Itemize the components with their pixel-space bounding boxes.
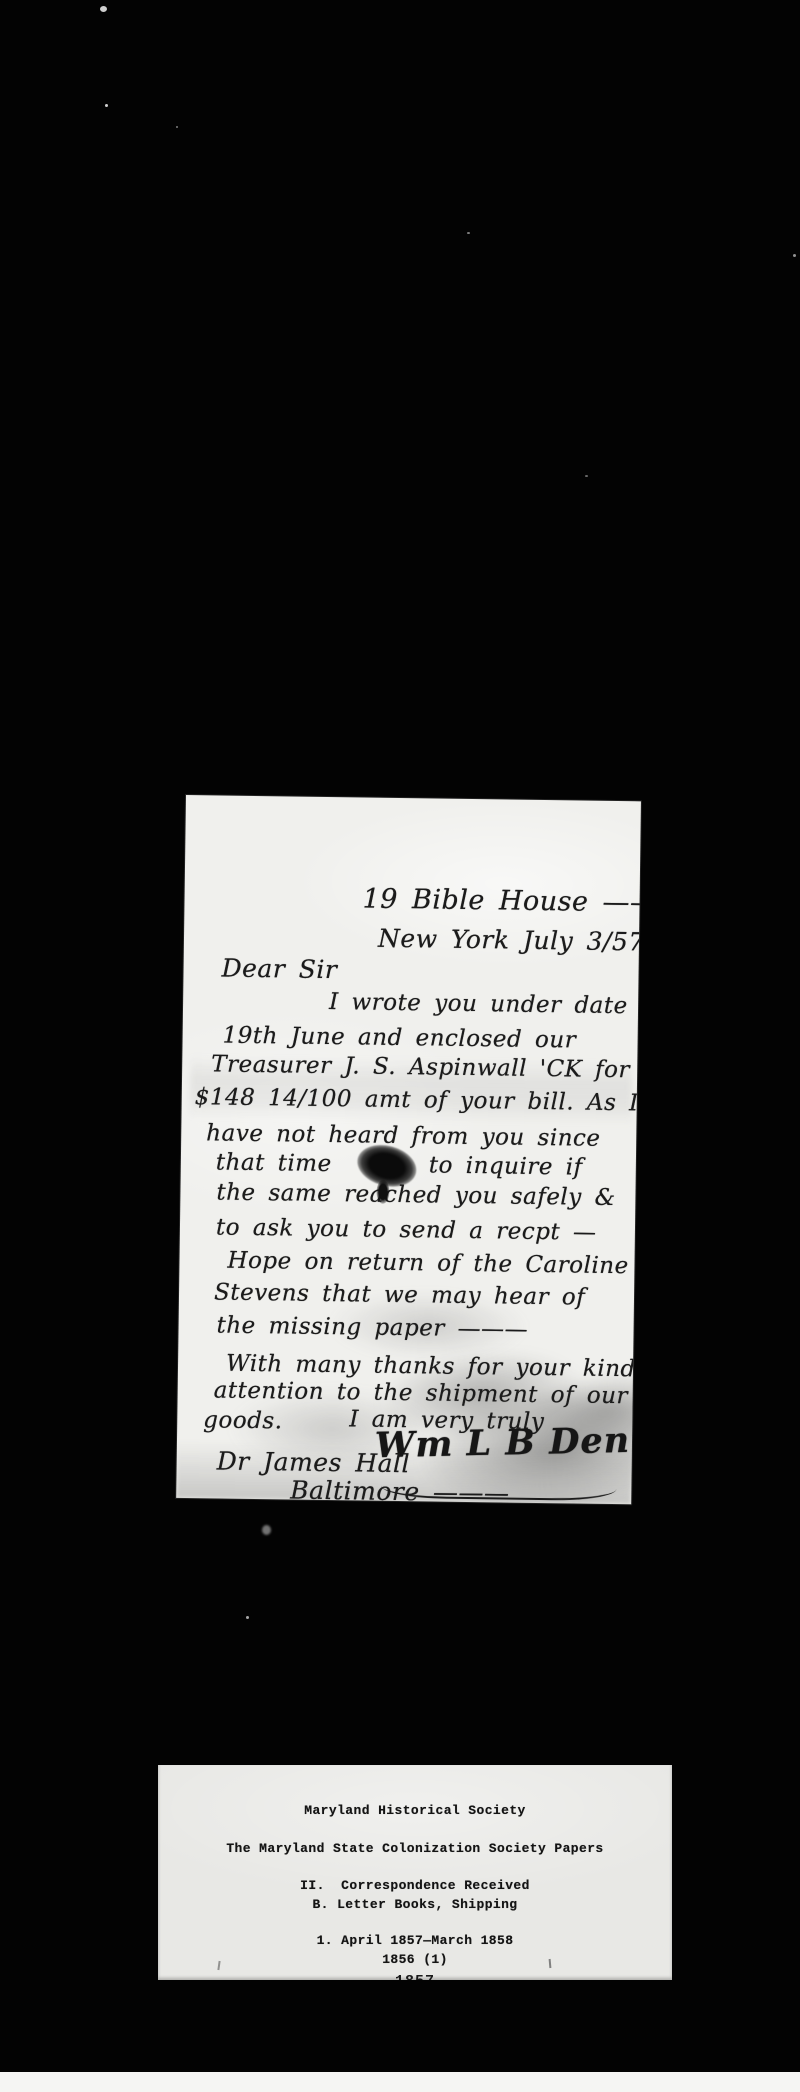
letter-line-fragment: to inquire if <box>429 1154 583 1179</box>
dust-speck <box>262 1525 271 1535</box>
letter-line: attention to the shipment of our <box>214 1379 629 1408</box>
letter-line: have not heard from you since <box>206 1122 601 1151</box>
letter-line: Treasurer J. S. Aspinwall 'CK for <box>211 1053 630 1082</box>
letter-addressee-name: Dr James Hall <box>217 1448 411 1476</box>
card-cutoff-label: 1857 <box>395 1973 435 1980</box>
dust-speck <box>585 475 588 477</box>
letter-line: to ask you to send a recpt — <box>216 1216 597 1244</box>
card-line-subseries: B. Letter Books, Shipping <box>158 1897 672 1912</box>
dust-speck <box>105 104 108 107</box>
handwritten-letter-page: 19 Bible House —— New York July 3/57 Dea… <box>176 795 641 1504</box>
scan-background: 19 Bible House —— New York July 3/57 Dea… <box>0 0 800 2092</box>
card-cutoff-text: 1857 <box>158 1970 672 1980</box>
dust-speck <box>467 232 470 234</box>
letter-line: Stevens that we may hear of <box>214 1281 585 1309</box>
letter-line: I wrote you under date <box>329 991 628 1018</box>
dust-speck <box>176 126 178 128</box>
letter-line-goods: goods. <box>203 1409 283 1433</box>
letter-line: With many thanks for your kind <box>226 1353 636 1382</box>
letter-line: the missing paper ——— <box>216 1314 528 1341</box>
signature: Wm L B Dennis <box>375 1419 641 1467</box>
archive-label-card: Maryland Historical Society The Maryland… <box>158 1765 672 1980</box>
card-line-society: Maryland Historical Society <box>158 1803 672 1818</box>
card-line-daterange: 1. April 1857—March 1858 <box>158 1933 672 1948</box>
letter-line-fragment: that time <box>216 1151 332 1176</box>
dust-speck <box>100 6 107 12</box>
letter-line: the same reached you safely & <box>216 1181 615 1210</box>
dust-speck <box>793 254 796 257</box>
card-line-collection: The Maryland State Colonization Society … <box>158 1841 672 1856</box>
letter-line: Hope on return of the Caroline <box>227 1250 629 1279</box>
scan-edge-strip <box>0 2072 800 2092</box>
letter-heading-address: 19 Bible House —— <box>362 885 641 916</box>
card-line-series: II. Correspondence Received <box>158 1878 672 1893</box>
letter-heading-date: New York July 3/57 <box>378 926 641 955</box>
letter-line: 19th June and enclosed our <box>222 1025 576 1053</box>
letter-salutation: Dear Sir <box>221 956 337 983</box>
dust-speck <box>246 1616 249 1619</box>
letter-addressee-place: Baltimore ——— <box>290 1478 510 1505</box>
card-line-volume: 1856 (1) <box>158 1952 672 1967</box>
letter-line: $148 14/100 amt of your bill. As I <box>195 1086 639 1115</box>
